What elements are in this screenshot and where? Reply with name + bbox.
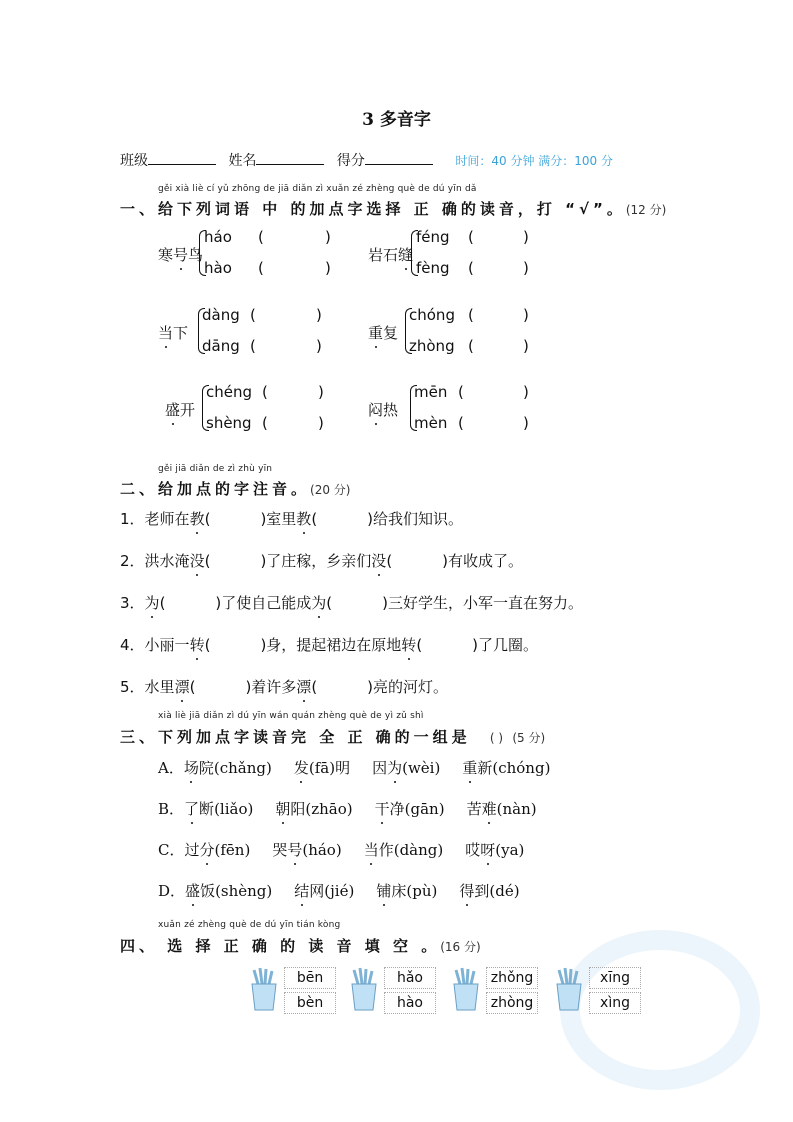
char: 院 xyxy=(199,759,214,777)
pencil-cup-icon xyxy=(250,966,278,1010)
q1-word: 当下 xyxy=(158,322,188,343)
choice-pinyin: (fā)明 xyxy=(309,759,350,777)
paren-open: ( xyxy=(416,636,422,654)
sentence-number: 4． xyxy=(120,636,145,654)
q1-answer-open-paren[interactable]: ( xyxy=(258,228,264,246)
pinyin-option-box[interactable]: bēn xyxy=(284,967,336,989)
q1-answer-close-paren[interactable]: ) xyxy=(318,383,324,401)
class-blank[interactable] xyxy=(148,152,216,165)
sentence-text: 洪水淹 xyxy=(145,552,190,570)
char: 复 xyxy=(383,324,398,342)
student-info-row: 班级 姓名 得分 时间：40 分钟 满分：100 分 xyxy=(120,150,613,170)
q1-answer-open-paren[interactable]: ( xyxy=(458,383,464,401)
choice-item: 哎呀(ya) xyxy=(465,841,524,859)
choice-pinyin: (chǎng) xyxy=(214,759,272,777)
pencil-cup-icon xyxy=(350,966,378,1010)
paren-open: ( xyxy=(311,510,317,528)
q1-option-pinyin: chóng xyxy=(409,306,455,324)
q1-option-pinyin: háo xyxy=(204,228,232,246)
q4-heading-text: 四、 选 择 正 确 的 读 音 填 空 。 xyxy=(120,937,440,955)
char: 作 xyxy=(379,841,394,859)
dotted-char: 号 xyxy=(287,839,302,860)
choice-item: 盛饭(shèng) xyxy=(185,882,272,900)
paren-open: ( xyxy=(326,594,332,612)
dotted-char: 没 xyxy=(371,550,386,571)
q1-answer-open-paren[interactable]: ( xyxy=(468,306,474,324)
name-label: 姓名 xyxy=(228,153,256,169)
q4-pinyin: xuǎn zé zhèng què de dú yīn tián kòng xyxy=(158,920,340,930)
pinyin-option-box[interactable]: bèn xyxy=(284,992,336,1014)
q1-answer-close-paren[interactable]: ) xyxy=(523,414,529,432)
sentence-text: 水里 xyxy=(145,678,175,696)
char: 到 xyxy=(474,882,489,900)
dotted-char: 发 xyxy=(294,757,309,778)
choice-item: 当作(dàng) xyxy=(364,841,444,859)
q1-answer-close-paren[interactable]: ) xyxy=(316,337,322,355)
choice-label: C． xyxy=(158,841,184,859)
sentence-text: )有收成了。 xyxy=(442,552,523,570)
name-blank[interactable] xyxy=(256,152,324,165)
choice-label: B． xyxy=(158,800,184,818)
choice-pinyin: (chóng) xyxy=(492,759,550,777)
dotted-char: 教 xyxy=(190,508,205,529)
pencil-cup-icon xyxy=(555,966,583,1010)
char: 下 xyxy=(173,324,188,342)
choice-item: 哭号(háo) xyxy=(272,841,341,859)
dotted-char: 重 xyxy=(368,322,383,343)
sentence-number: 1． xyxy=(120,510,145,528)
choice-label: D． xyxy=(158,882,185,900)
q1-answer-open-paren[interactable]: ( xyxy=(262,414,268,432)
q1-word: 寒号鸟 xyxy=(158,244,203,265)
paren-open: ( xyxy=(160,594,166,612)
q1-answer-close-paren[interactable]: ) xyxy=(316,306,322,324)
q3-heading: 三、下列加点字读音完 全 正 确的一组是 ( ) (5 分) xyxy=(120,726,545,747)
choice-pinyin: (pù) xyxy=(406,882,437,900)
choice-item: 苦难(nàn) xyxy=(467,800,537,818)
char: 石 xyxy=(383,246,398,264)
dotted-char: 干 xyxy=(375,798,390,819)
choice-pinyin: (dé) xyxy=(489,882,519,900)
q2-score: (20 分) xyxy=(310,483,350,497)
sentence-text: )了使自己能成 xyxy=(215,594,311,612)
sentence-number: 5． xyxy=(120,678,145,696)
sentence-text: )室里 xyxy=(260,510,296,528)
q1-answer-open-paren[interactable]: ( xyxy=(262,383,268,401)
choice-item: 因为(wèi) xyxy=(372,759,440,777)
dotted-char: 结 xyxy=(294,880,309,901)
dotted-char: 号 xyxy=(173,244,188,265)
q1-option-pinyin: féng xyxy=(416,228,450,246)
choice-pinyin: (gān) xyxy=(405,800,445,818)
q1-word: 重复 xyxy=(368,322,398,343)
q1-answer-close-paren[interactable]: ) xyxy=(523,383,529,401)
choice-pinyin: (nàn) xyxy=(497,800,537,818)
sentence-text: )亮的河灯。 xyxy=(367,678,448,696)
q2-sentence: 4．小丽一转()身，提起裙边在原地转()了几圈。 xyxy=(120,634,538,655)
q2-heading-text: 二、给加点的字注音。 xyxy=(120,480,310,498)
choice-pinyin: (wèi) xyxy=(402,759,440,777)
q3-answer-paren[interactable]: ( ) xyxy=(490,731,503,745)
q2-pinyin: gěi jiā diǎn de zì zhù yīn xyxy=(158,464,272,474)
dotted-char: 没 xyxy=(190,550,205,571)
dotted-char: 盛 xyxy=(165,399,180,420)
q1-option-pinyin: hào xyxy=(204,259,232,277)
sentence-text: )身，提起裙边在原地 xyxy=(260,636,401,654)
char: 网 xyxy=(309,882,324,900)
dotted-char: 当 xyxy=(364,839,379,860)
pinyin-option-box[interactable]: hào xyxy=(384,992,436,1014)
choice-pinyin: (zhāo) xyxy=(305,800,352,818)
choice-item: 过分(fēn) xyxy=(184,841,250,859)
dotted-char: 难 xyxy=(482,798,497,819)
q1-heading-text: 一、给下列词语 中 的加点字选择 正 确的读音，打 “√”。 xyxy=(120,200,626,218)
paren-open: ( xyxy=(386,552,392,570)
sentence-number: 2． xyxy=(120,552,145,570)
q1-word: 闷热 xyxy=(368,399,398,420)
choice-item: 重新(chóng) xyxy=(462,759,550,777)
q3-pinyin: xià liè jiā diǎn zì dú yīn wán quán zhèn… xyxy=(158,711,424,721)
q1-option-pinyin: chéng xyxy=(206,383,252,401)
paren-open: ( xyxy=(205,552,211,570)
q1-option-pinyin: fèng xyxy=(416,259,450,277)
paren-open: ( xyxy=(205,510,211,528)
dotted-char: 教 xyxy=(296,508,311,529)
paren-open: ( xyxy=(311,678,317,696)
paren-open: ( xyxy=(190,678,196,696)
q2-sentence: 1．老师在教()室里教()给我们知识。 xyxy=(120,508,463,529)
q1-answer-open-paren[interactable]: ( xyxy=(258,259,264,277)
dotted-char: 重 xyxy=(462,757,477,778)
q3-score: (5 分) xyxy=(512,731,545,745)
choice-item: 得到(dé) xyxy=(459,882,519,900)
paren-open: ( xyxy=(205,636,211,654)
dotted-char: 得 xyxy=(459,880,474,901)
dotted-char: 当 xyxy=(158,322,173,343)
q3-choice-b[interactable]: B．了断(liǎo)朝阳(zhāo)干净(gān)苦难(nàn) xyxy=(158,798,559,819)
choice-pinyin: (shèng) xyxy=(215,882,272,900)
choice-label: A． xyxy=(158,759,184,777)
class-label: 班级 xyxy=(120,153,148,169)
q1-option-pinyin: mēn xyxy=(414,383,447,401)
dotted-char: 铺 xyxy=(376,880,391,901)
score-label: 得分 xyxy=(337,153,365,169)
q1-answer-open-paren[interactable]: ( xyxy=(250,306,256,324)
sentence-text: )给我们知识。 xyxy=(367,510,463,528)
q1-answer-open-paren[interactable]: ( xyxy=(468,259,474,277)
dotted-char: 盛 xyxy=(185,880,200,901)
q4-heading: 四、 选 择 正 确 的 读 音 填 空 。(16 分) xyxy=(120,935,481,956)
pinyin-option-box[interactable]: xīng xyxy=(589,967,641,989)
choice-pinyin: (ya) xyxy=(495,841,524,859)
pinyin-option-box[interactable]: zhòng xyxy=(486,992,538,1014)
pinyin-option-box[interactable]: zhǒng xyxy=(486,967,538,989)
q3-choice-d[interactable]: D．盛饭(shèng)结网(jié)铺床(pù)得到(dé) xyxy=(158,880,542,901)
char: 热 xyxy=(383,401,398,419)
char: 过 xyxy=(184,841,199,859)
choice-item: 铺床(pù) xyxy=(376,882,437,900)
dotted-char: 了 xyxy=(184,798,199,819)
pencil-cup-icon xyxy=(452,966,480,1010)
q1-heading: 一、给下列词语 中 的加点字选择 正 确的读音，打 “√”。(12 分) xyxy=(120,198,666,219)
char: 断 xyxy=(199,800,214,818)
q1-answer-open-paren[interactable]: ( xyxy=(458,414,464,432)
q1-word: 盛开 xyxy=(165,399,195,420)
q2-sentence: 5．水里漂()着许多漂()亮的河灯。 xyxy=(120,676,448,697)
sentence-text: 小丽一 xyxy=(145,636,190,654)
choice-item: 结网(jié) xyxy=(294,882,354,900)
q3-choice-a[interactable]: A．场院(chǎng)发(fā)明因为(wèi)重新(chóng) xyxy=(158,757,572,778)
q4-score: (16 分) xyxy=(440,940,480,954)
time-info: 时间：40 分钟 满分：100 分 xyxy=(455,154,613,168)
char: 饭 xyxy=(200,882,215,900)
char: 阳 xyxy=(290,800,305,818)
q1-answer-open-paren[interactable]: ( xyxy=(468,228,474,246)
char: 哎 xyxy=(465,841,480,859)
char: 因 xyxy=(372,759,387,777)
q3-heading-text: 三、下列加点字读音完 全 正 确的一组是 xyxy=(120,728,471,746)
q1-option-pinyin: zhòng xyxy=(409,337,455,355)
q1-word: 岩石缝 xyxy=(368,244,413,265)
q3-choice-c[interactable]: C．过分(fēn)哭号(háo)当作(dàng)哎呀(ya) xyxy=(158,839,546,860)
q2-sentence: 2．洪水淹没()了庄稼，乡亲们没()有收成了。 xyxy=(120,550,523,571)
q1-pinyin: gěi xià liè cí yǔ zhōng de jiā diǎn zì x… xyxy=(158,184,477,194)
q2-sentence: 3．为()了使自己能成为()三好学生，小军一直在努力。 xyxy=(120,592,583,613)
q1-answer-close-paren[interactable]: ) xyxy=(318,414,324,432)
dotted-char: 为 xyxy=(387,757,402,778)
choice-pinyin: (liǎo) xyxy=(214,800,253,818)
q1-answer-close-paren[interactable]: ) xyxy=(523,337,529,355)
choice-pinyin: (háo) xyxy=(302,841,341,859)
choice-item: 干净(gān) xyxy=(375,800,445,818)
char: 床 xyxy=(391,882,406,900)
char: 寒 xyxy=(158,246,173,264)
dotted-char: 朝 xyxy=(275,798,290,819)
q1-option-pinyin: mèn xyxy=(414,414,447,432)
sentence-text: )三好学生，小军一直在努力。 xyxy=(382,594,583,612)
q1-answer-close-paren[interactable]: ) xyxy=(523,306,529,324)
sentence-text: )着许多 xyxy=(245,678,296,696)
choice-item: 发(fā)明 xyxy=(294,759,350,777)
choice-item: 朝阳(zhāo) xyxy=(275,800,352,818)
q1-answer-close-paren[interactable]: ) xyxy=(325,228,331,246)
char: 哭 xyxy=(272,841,287,859)
dotted-char: 漂 xyxy=(175,676,190,697)
page-title: 3 多音字 xyxy=(0,105,793,130)
dotted-char: 分 xyxy=(200,839,215,860)
score-blank[interactable] xyxy=(365,152,433,165)
q2-heading: 二、给加点的字注音。(20 分) xyxy=(120,478,350,499)
sentence-text: 老师在 xyxy=(145,510,190,528)
char: 新 xyxy=(477,759,492,777)
choice-item: 了断(liǎo) xyxy=(184,800,253,818)
q1-answer-close-paren[interactable]: ) xyxy=(523,228,529,246)
q1-answer-open-paren[interactable]: ( xyxy=(468,337,474,355)
choice-pinyin: (fēn) xyxy=(215,841,251,859)
sentence-text: )了几圈。 xyxy=(472,636,538,654)
q1-option-pinyin: dàng xyxy=(202,306,240,324)
char: 苦 xyxy=(467,800,482,818)
q1-option-pinyin: dāng xyxy=(202,337,240,355)
char: 开 xyxy=(180,401,195,419)
dotted-char: 漂 xyxy=(296,676,311,697)
choice-item: 场院(chǎng) xyxy=(184,759,272,777)
dotted-char: 转 xyxy=(401,634,416,655)
q1-score: (12 分) xyxy=(626,203,666,217)
choice-pinyin: (jié) xyxy=(324,882,354,900)
q1-option-pinyin: shèng xyxy=(206,414,252,432)
char: 净 xyxy=(390,800,405,818)
q1-answer-close-paren[interactable]: ) xyxy=(523,259,529,277)
pinyin-option-box[interactable]: xìng xyxy=(589,992,641,1014)
dotted-char: 场 xyxy=(184,757,199,778)
dotted-char: 呀 xyxy=(480,839,495,860)
dotted-char: 为 xyxy=(311,592,326,613)
q1-answer-open-paren[interactable]: ( xyxy=(250,337,256,355)
dotted-char: 为 xyxy=(145,592,160,613)
sentence-number: 3． xyxy=(120,594,145,612)
dotted-char: 转 xyxy=(190,634,205,655)
char: 岩 xyxy=(368,246,383,264)
sentence-text: )了庄稼，乡亲们 xyxy=(260,552,371,570)
q1-answer-close-paren[interactable]: ) xyxy=(325,259,331,277)
choice-pinyin: (dàng) xyxy=(394,841,444,859)
dotted-char: 闷 xyxy=(368,399,383,420)
pinyin-option-box[interactable]: hǎo xyxy=(384,967,436,989)
